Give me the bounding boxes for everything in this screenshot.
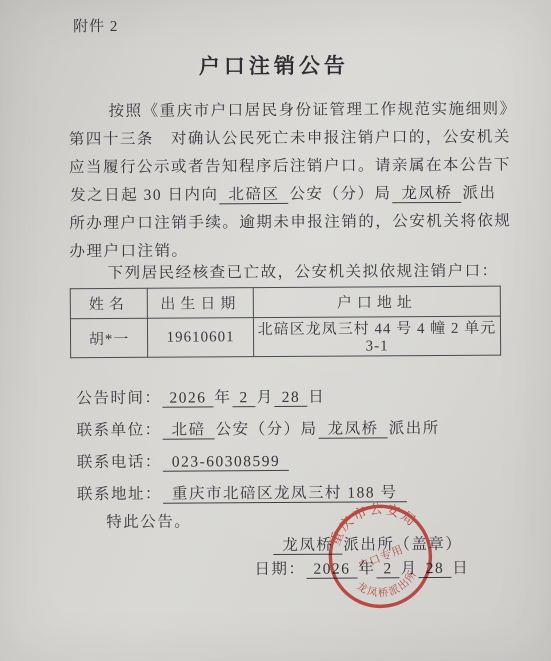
- day-unit: 日: [307, 389, 326, 406]
- district-blank: 北碚区: [219, 186, 288, 204]
- contact-address-label: 联系地址：: [76, 486, 163, 504]
- contact-unit-label: 联系单位：: [76, 422, 163, 440]
- notice-month-value: 2: [232, 389, 255, 407]
- contact-phone-line: 联系电话：023-60308599: [76, 452, 290, 473]
- contact-address-value: 重庆市北碚区龙凤三村 188 号: [163, 484, 407, 503]
- line4-suffix: 派出: [461, 185, 497, 202]
- deceased-residents-table: 姓名 出生日期 户口地址 胡*一 19610601 北碚区龙凤三村 44 号 4…: [70, 286, 501, 359]
- paragraph-line-4: 发之日起 30 日内向北碚区公安（分）局龙凤桥派出: [69, 184, 497, 206]
- cell-address: 北碚区龙凤三村 44 号 4 幢 2 单元 3-1: [253, 316, 500, 357]
- table-row: 胡*一 19610601 北碚区龙凤三村 44 号 4 幢 2 单元 3-1: [70, 316, 500, 358]
- signature-year-value: 2026: [306, 561, 357, 579]
- table-header-row: 姓名 出生日期 户口地址: [70, 286, 500, 319]
- contact-unit-line: 联系单位：北碚公安（分）局龙凤桥派出所: [76, 419, 441, 441]
- header-address: 户口地址: [253, 286, 500, 318]
- month-unit: 月: [256, 389, 275, 406]
- signature-station-line: 龙凤桥派出所（盖章）: [273, 535, 463, 556]
- station-blank: 龙凤桥: [392, 185, 461, 203]
- contact-address-line: 联系地址：重庆市北碚区龙凤三村 188 号: [76, 483, 407, 504]
- cell-birthdate: 19610601: [147, 318, 253, 358]
- header-birthdate: 出生日期: [147, 288, 253, 319]
- page-title: 户口注销公告: [0, 48, 549, 81]
- contact-district-blank: 北碚: [163, 421, 215, 439]
- paragraph-line-1: 按照《重庆市户口居民身份证管理工作规范实施细则》: [109, 100, 517, 122]
- paragraph-line-2: 第四十三条 对确认公民死亡未申报注销户口的，公安机关: [69, 128, 511, 150]
- notice-time-line: 公告时间：2026年2月28日: [75, 388, 326, 409]
- year-unit: 年: [213, 389, 232, 406]
- official-seal-stamp: 重庆市公安局 户口专用 龙凤桥派出所: [313, 489, 447, 623]
- paragraph-line-5: 所办理户口注销手续。逾期未申报注销的，公安机关将依规: [69, 212, 511, 234]
- notice-year-value: 2026: [162, 389, 213, 407]
- notice-time-label: 公告时间：: [75, 390, 162, 408]
- sign-month-unit: 月: [400, 560, 419, 577]
- notice-page: 附件 2 户口注销公告 按照《重庆市户口居民身份证管理工作规范实施细则》 第四十…: [0, 0, 551, 661]
- signature-day-value: 28: [419, 560, 452, 578]
- line4-middle: 公安（分）局: [288, 185, 392, 203]
- contact-phone-label: 联系电话：: [76, 454, 163, 472]
- contact-station-blank: 龙凤桥: [319, 420, 388, 438]
- contact-phone-value: 023-60308599: [163, 453, 290, 472]
- sign-day-unit: 日: [451, 560, 470, 577]
- contact-unit-suffix: 派出所: [388, 420, 441, 437]
- attachment-label: 附件 2: [73, 18, 118, 37]
- paragraph-line-6: 办理户口注销。: [69, 242, 188, 262]
- notice-day-value: 28: [275, 389, 308, 407]
- line4-prefix: 发之日起 30 日内向: [69, 186, 219, 204]
- paragraph-line-3: 应当履行公示或者告知程序后注销户口。请亲属在本公告下: [69, 156, 511, 178]
- document-photo: 附件 2 户口注销公告 按照《重庆市户口居民身份证管理工作规范实施细则》 第四十…: [0, 0, 551, 661]
- cell-name: 胡*一: [70, 318, 147, 357]
- signature-date-line: 日期：2026年2月28日: [253, 559, 470, 580]
- closing-statement: 特此公告。: [106, 513, 191, 533]
- stamp-ring: [320, 496, 442, 618]
- signature-month-value: 2: [376, 560, 399, 578]
- signature-date-label: 日期：: [253, 561, 306, 578]
- contact-unit-middle: 公安（分）局: [215, 421, 319, 439]
- sign-year-unit: 年: [357, 560, 376, 577]
- signature-station-blank: 龙凤桥: [273, 537, 342, 555]
- header-name: 姓名: [70, 288, 147, 318]
- paragraph-2: 下列居民经核查已亡故，公安机关拟依规注销户口：: [108, 262, 499, 284]
- signature-station-suffix: 派出所（盖章）: [342, 536, 463, 554]
